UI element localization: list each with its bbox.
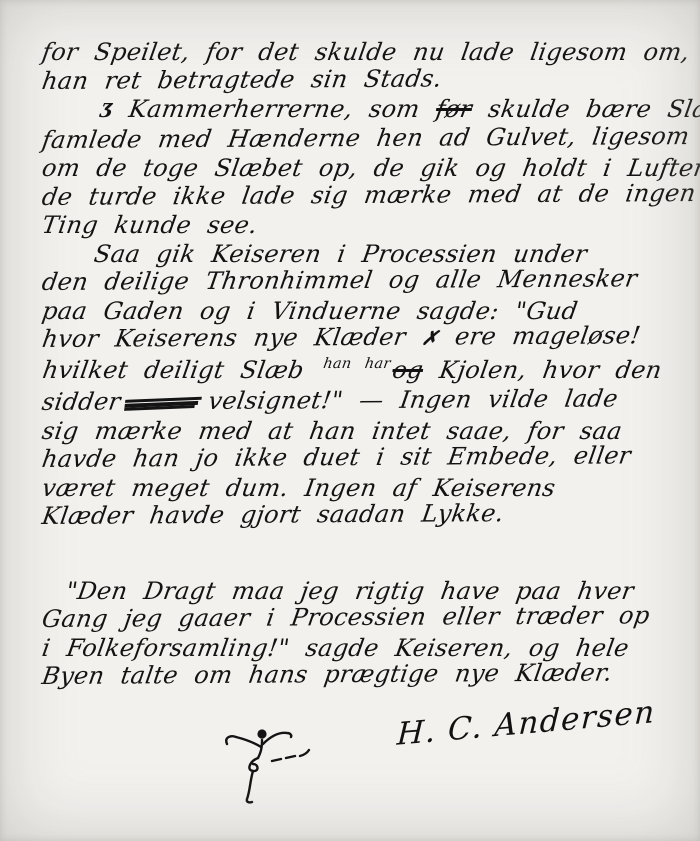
- manuscript-line: for Speilet, for det skulde nu lade lige…: [40, 38, 677, 67]
- manuscript-line: famlede med Hænderne hen ad Gulvet, lige…: [40, 122, 677, 154]
- manuscript-line: de turde ikke lade sig mærke med at de i…: [40, 179, 677, 211]
- manuscript-text: for Speilet, for det skulde nu lade lige…: [40, 38, 672, 691]
- doodle-torso: [258, 740, 262, 758]
- struck-out-word: før: [434, 95, 474, 123]
- handwritten-text: de turde ikke lade sig mærke med at de i…: [40, 179, 698, 211]
- manuscript-line: hvilket deiligt Slæb han harog Kjolen, h…: [40, 356, 677, 389]
- manuscript-line: "Den Dragt maa jeg rigtig have paa hver: [40, 577, 677, 606]
- handwritten-text: sig mærke med at han intet saae, for saa: [40, 417, 624, 445]
- doodle-leg: [247, 771, 253, 802]
- manuscript-line: om de toge Slæbet op, de gik og holdt i …: [40, 154, 677, 183]
- scribbled-out-word: [124, 396, 202, 412]
- handwritten-text: den deilige Thronhimmel og alle Menneske…: [40, 264, 639, 296]
- manuscript-line: Ting kunde see.: [40, 211, 677, 240]
- handwritten-text: han ret betragtede sin Stads.: [40, 64, 444, 94]
- handwritten-text: famlede med Hænderne hen ad Gulvet, lige…: [40, 122, 691, 154]
- manuscript-line: paa Gaden og i Vinduerne sagde: "Gud: [40, 297, 677, 326]
- handwritten-text: ere mageløse!: [437, 321, 643, 350]
- handwritten-text: Ting kunde see.: [40, 211, 259, 239]
- paragraph: "Den Dragt maa jeg rigtig have paa hverG…: [40, 577, 672, 691]
- handwritten-text: sidder: [40, 388, 123, 416]
- handwritten-text: i Folkeforsamling!" sagde Keiseren, og h…: [40, 634, 631, 662]
- handwritten-text: været meget dum. Ingen af Keiserens: [40, 474, 557, 502]
- handwritten-text: Byen talte om hans prægtige nye Klæder.: [40, 659, 614, 690]
- doodle-head: [257, 729, 266, 738]
- paragraph: for Speilet, for det skulde nu lade lige…: [40, 38, 672, 95]
- manuscript-line: Klæder havde gjort saadan Lykke.: [40, 498, 677, 530]
- manuscript-line: havde han jo ikke duet i sit Embede, ell…: [40, 441, 677, 473]
- manuscript-line: hvor Keiserens nye Klæder ✗ ere mageløse…: [40, 321, 677, 355]
- manuscript-page: for Speilet, for det skulde nu lade lige…: [0, 0, 700, 841]
- manuscript-line: været meget dum. Ingen af Keiserens: [40, 474, 677, 503]
- manuscript-line: Ӡ Kammerherrerne, som før skulde bære Sl…: [40, 95, 677, 126]
- handwritten-text: hvor Keiserens nye Klæder: [40, 323, 424, 353]
- manuscript-line: den deilige Thronhimmel og alle Menneske…: [40, 264, 677, 296]
- manuscript-line: Gang jeg gaaer i Processien eller træder…: [40, 601, 677, 633]
- doodle-dash-2: [286, 756, 295, 758]
- handwritten-text: Kjolen, hvor den: [421, 356, 664, 384]
- handwritten-text: hvilket deiligt Slæb: [41, 356, 323, 384]
- manuscript-line: siddervelsignet!" — Ingen vilde lade: [40, 384, 677, 416]
- doodle-right-arm: [263, 733, 291, 744]
- manuscript-line: sig mærke med at han intet saae, for saa: [40, 417, 677, 446]
- handwritten-text: velsignet!" — Ingen vilde lade: [206, 384, 620, 414]
- handwritten-text: paa Gaden og i Vinduerne sagde: "Gud: [40, 297, 580, 325]
- manuscript-line: Saa gik Keiseren i Processien under: [40, 240, 677, 269]
- author-signature: H. C. Andersen: [396, 694, 657, 753]
- paragraph: Ӡ Kammerherrerne, som før skulde bære Sl…: [40, 95, 672, 240]
- stick-figure-doodle: [222, 700, 337, 822]
- doodle-left-arm: [226, 736, 261, 747]
- doodle-hip-loop: [249, 758, 258, 771]
- handwritten-text: Gang jeg gaaer i Processien eller træder…: [40, 601, 652, 633]
- handwritten-text: Kammerherrerne, som: [127, 95, 438, 123]
- inserted-word-above-line: han har: [322, 355, 392, 371]
- doodle-dash-3: [300, 750, 309, 756]
- handwritten-text: om de toge Slæbet op, de gik og holdt i …: [40, 154, 700, 182]
- handwritten-text: skulde bære Slæbet,: [470, 95, 700, 123]
- manuscript-line: i Folkeforsamling!" sagde Keiseren, og h…: [40, 634, 677, 663]
- paragraph: Saa gik Keiseren i Processien underden d…: [40, 240, 672, 531]
- handwritten-text: "Den Dragt maa jeg rigtig have paa hver: [64, 577, 636, 605]
- struck-out-word: og: [390, 356, 425, 384]
- doodle-dash-1: [272, 759, 281, 761]
- handwritten-text: havde han jo ikke duet i sit Embede, ell…: [40, 441, 633, 473]
- handwritten-text: Klæder havde gjort saadan Lykke.: [40, 499, 506, 530]
- manuscript-line: han ret betragtede sin Stads.: [40, 63, 677, 95]
- handwritten-text: for Speilet, for det skulde nu lade lige…: [40, 38, 692, 66]
- handwritten-text: Saa gik Keiseren i Processien under: [92, 240, 589, 268]
- manuscript-line: Byen talte om hans prægtige nye Klæder.: [40, 658, 677, 690]
- editorial-mark: Ӡ: [99, 99, 131, 122]
